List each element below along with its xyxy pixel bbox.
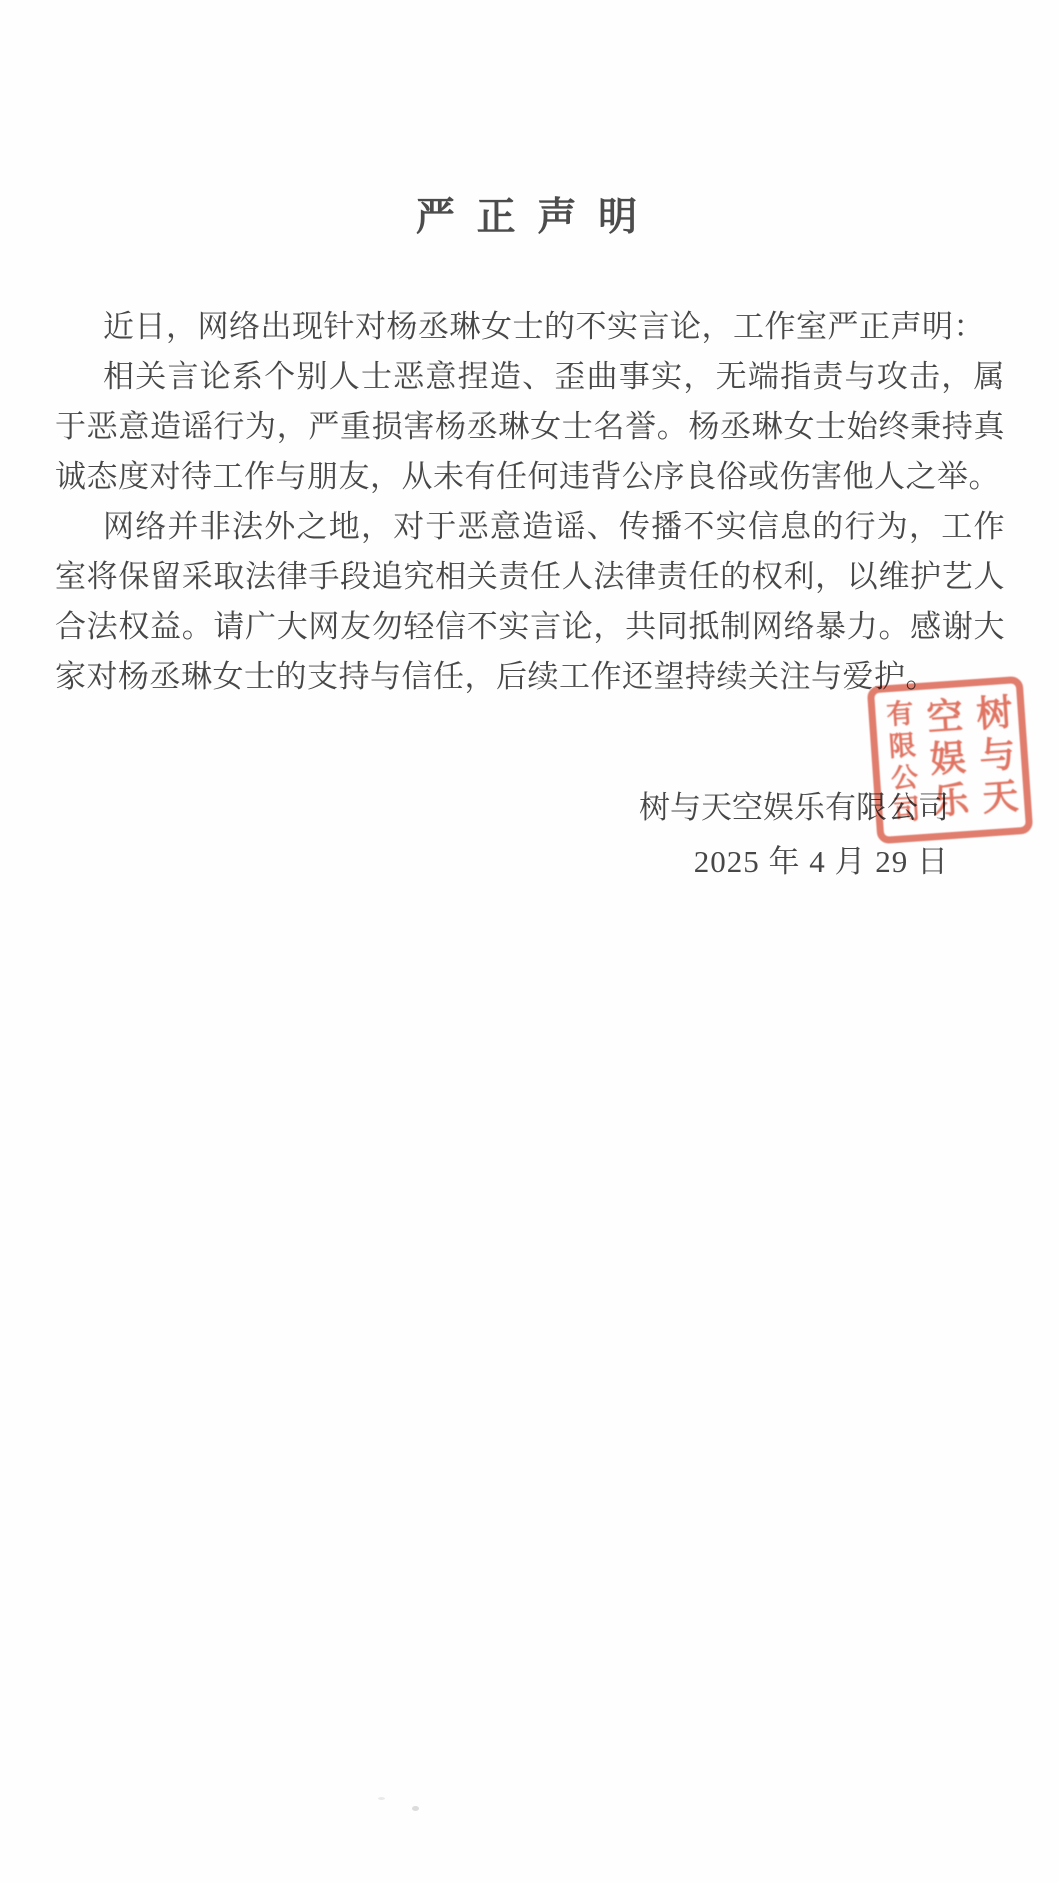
- seal-column-right: 树与天: [973, 693, 1018, 821]
- company-signature: 树与天空娱乐有限公司: [0, 790, 949, 826]
- paragraph-legal-notice: 网络并非法外之地，对于恶意造谣、传播不实信息的行为，工作室将保留采取法律手段追究…: [55, 502, 1005, 702]
- seal-column-middle: 空娱乐: [923, 696, 968, 824]
- paragraph-intro: 近日，网络出现针对杨丞琳女士的不实言论，工作室严正声明：: [55, 302, 1005, 352]
- seal-column-left: 有限公司: [883, 699, 919, 829]
- page-title: 严 正 声 明: [0, 0, 1059, 242]
- statement-date: 2025 年 4 月 29 日: [0, 844, 949, 880]
- statement-body: 近日，网络出现针对杨丞琳女士的不实言论，工作室严正声明： 相关言论系个别人士恶意…: [0, 302, 1059, 702]
- scan-artifact: [412, 1806, 419, 1811]
- document-page: 严 正 声 明 近日，网络出现针对杨丞琳女士的不实言论，工作室严正声明： 相关言…: [0, 0, 1059, 1883]
- paragraph-accusation: 相关言论系个别人士恶意捏造、歪曲事实，无端指责与攻击，属于恶意造谣行为，严重损害…: [55, 352, 1005, 502]
- company-seal-stamp: 树与天 空娱乐 有限公司: [867, 676, 1034, 844]
- scan-artifact: [378, 1797, 385, 1800]
